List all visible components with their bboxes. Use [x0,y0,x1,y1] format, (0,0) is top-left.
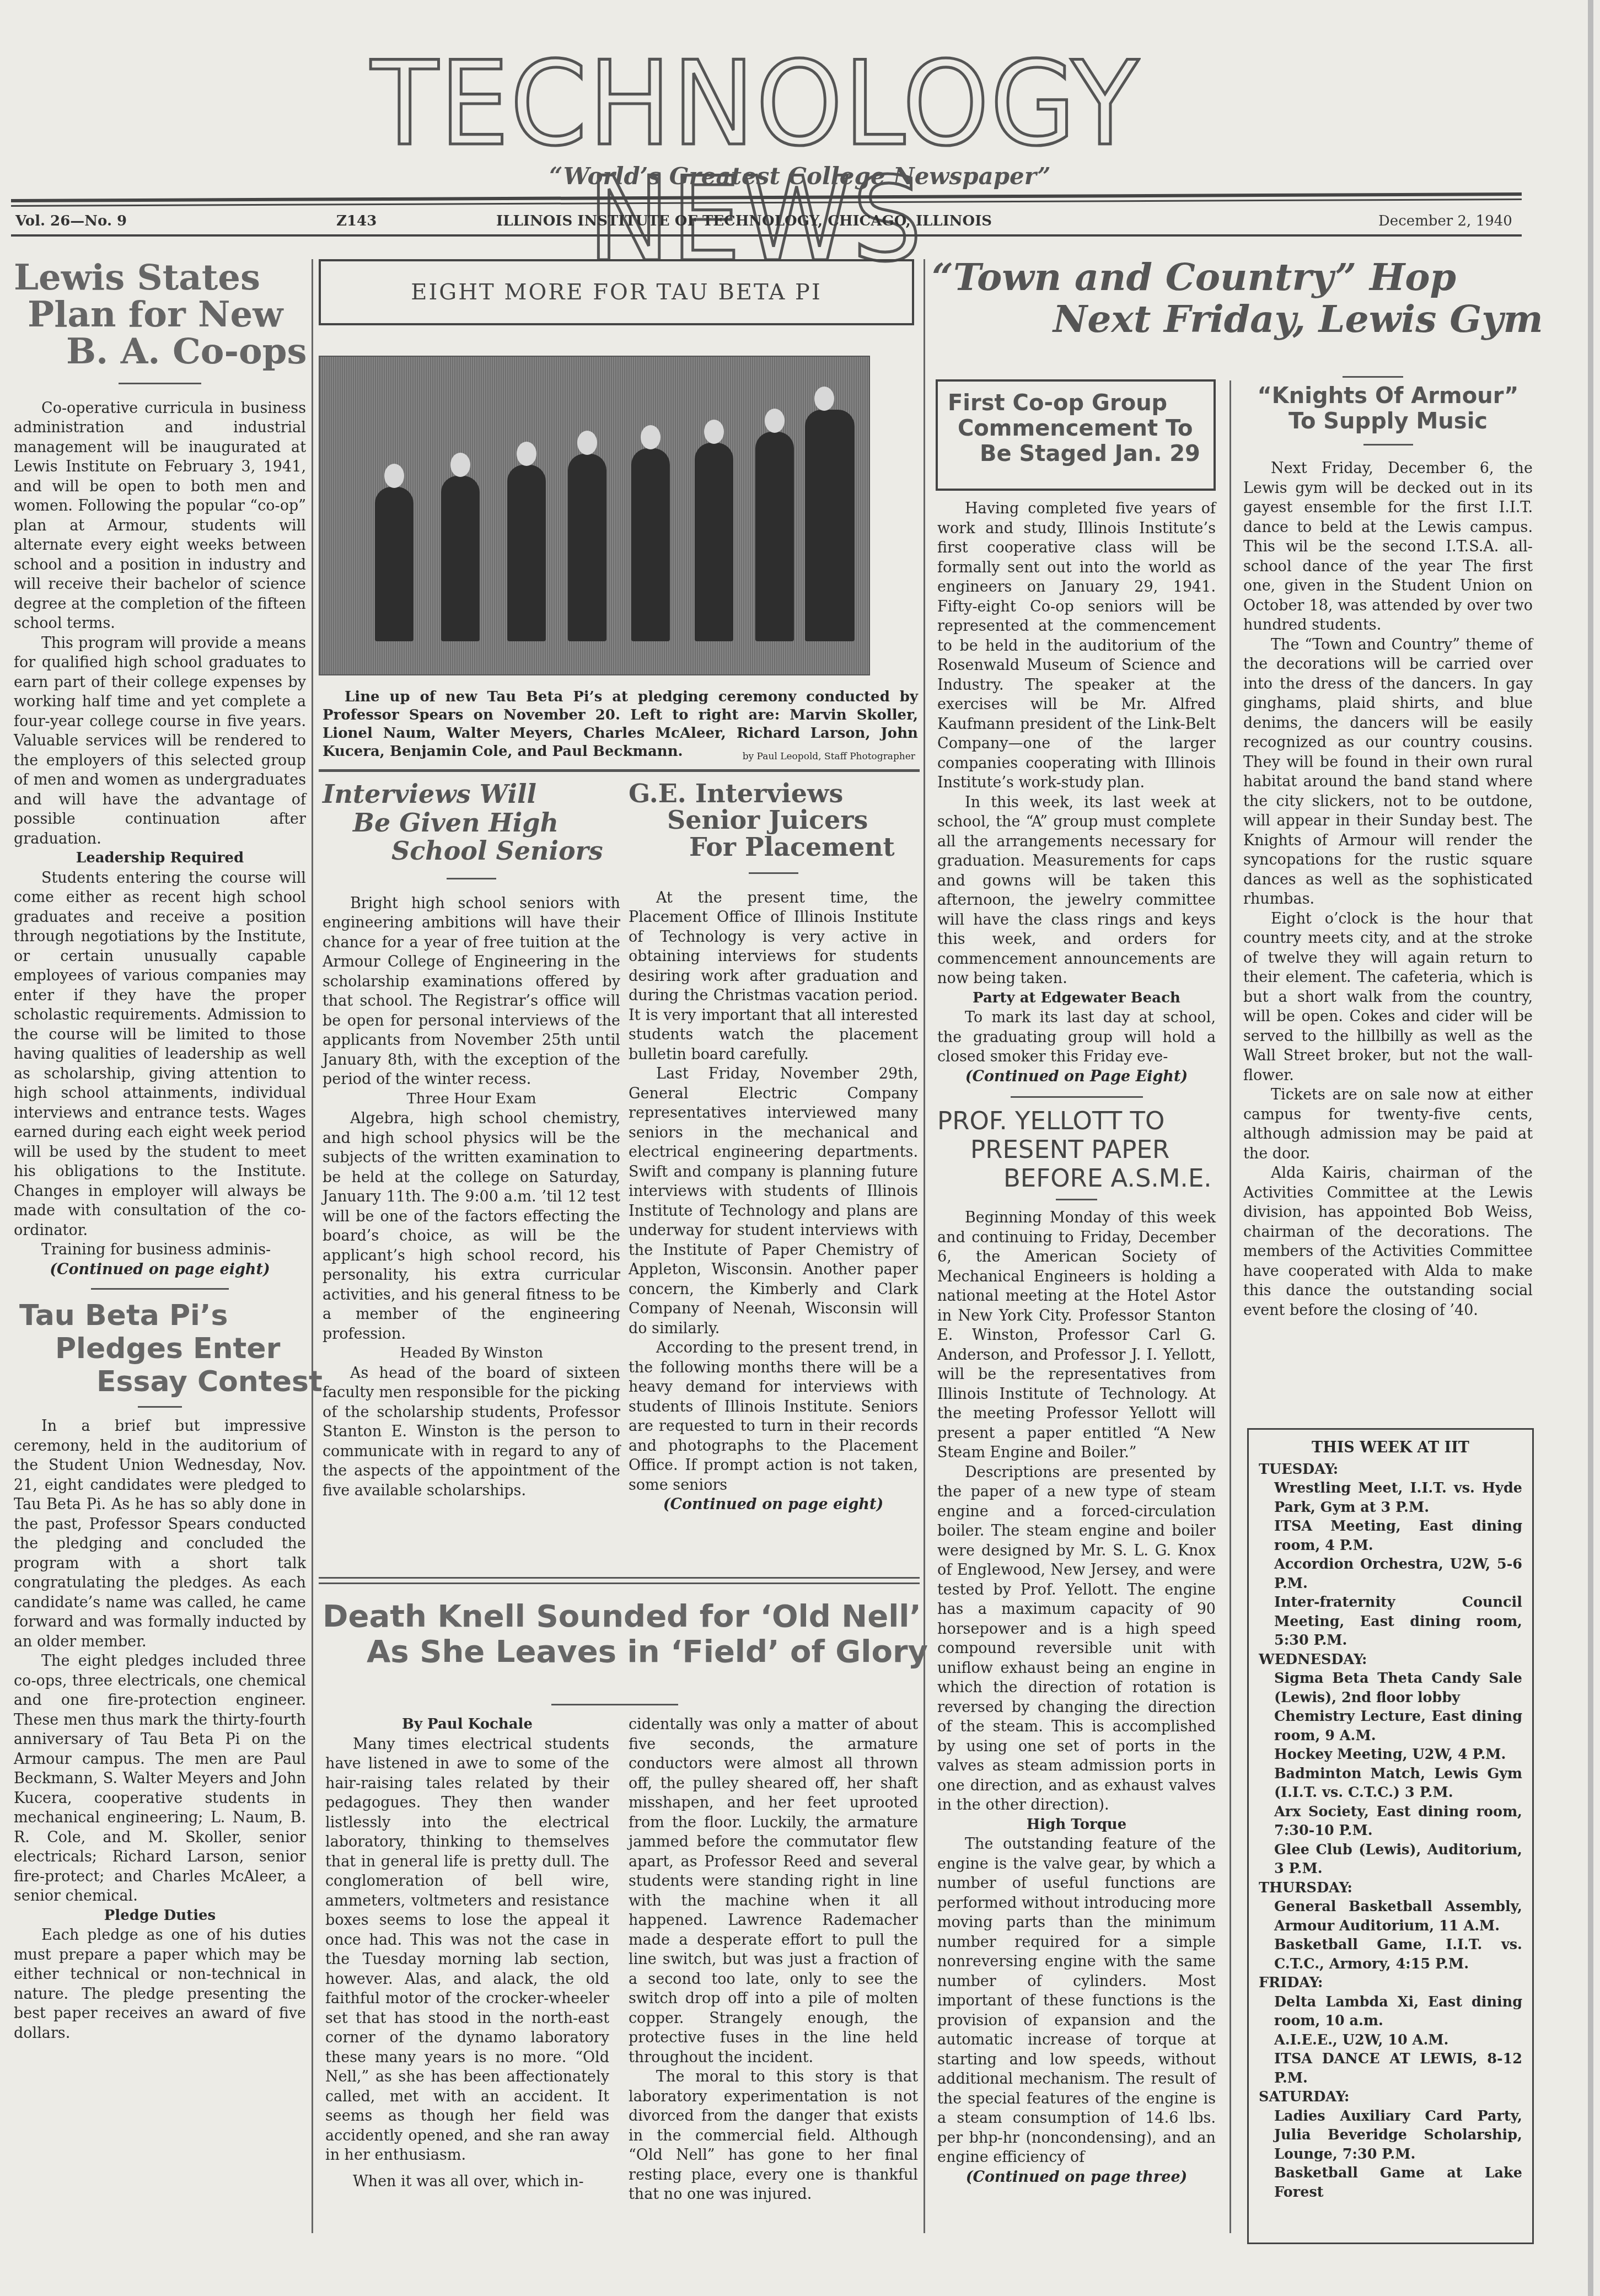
event-item: General Basketball Assembly, Armour Audi… [1259,1897,1522,1935]
paragraph: Bright high school seniors with engineer… [323,894,620,1090]
day-label: WEDNESDAY: [1259,1650,1522,1670]
person-figure [507,465,546,641]
continued-link[interactable]: (Continued on page three) [937,2168,1216,2187]
photo-banner: EIGHT MORE FOR TAU BETA PI [411,280,822,305]
day-saturday: SATURDAY: Ladies Auxiliary Card Party, J… [1259,2088,1522,2202]
divider [91,1288,229,1290]
subhead: Pledge Duties [14,1906,306,1926]
paragraph: Having completed five years of work and … [937,499,1216,793]
newspaper-page: TECHNOLOGY NEWS “World’s Greatest Colleg… [0,0,1600,2296]
paragraph: As head of the board of sixteen faculty … [323,1364,620,1501]
paragraph: This program will provide a means for qu… [14,634,306,849]
event-item: Glee Club (Lewis), Auditorium, 3 P.M. [1259,1841,1522,1879]
divider [119,383,201,384]
subhead: Leadership Required [14,849,306,868]
person-figure [631,448,670,641]
article-knights: “Knights Of Armour” To Supply Music Next… [1243,383,1533,1320]
paragraph: At the present time, the Placement Offic… [629,888,918,1065]
paragraph: The eight pledges included three co-ops,… [14,1651,306,1906]
column-rule [924,259,925,2233]
old-nell-headline: Death Knell Sounded for ‘Old Nell’ As Sh… [323,1599,918,1670]
event-item: Basketball Game, I.I.T. vs. C.T.C., Armo… [1259,1935,1522,1973]
paragraph: Algebra, high school chemistry, and high… [323,1109,620,1344]
paragraph: Eight o’clock is the hour that country m… [1243,909,1533,1086]
event-item: Arx Society, East dining room, 7:30-10 P… [1259,1803,1522,1841]
ge-headline: G.E. Interviews Senior Juicers For Place… [629,780,918,860]
day-tuesday: TUESDAY: Wrestling Meet, I.I.T. vs. Hyde… [1259,1460,1522,1650]
divider [1363,444,1413,446]
column-rule [312,259,313,2233]
article-ge-interviews: G.E. Interviews Senior Juicers For Place… [629,780,918,1515]
event-item: Chemistry Lecture, East dining room, 9 A… [1259,1707,1522,1745]
event-item: A.I.E.E., U2W, 10 A.M. [1259,2031,1522,2050]
article-coops: Lewis States Plan for New B. A. Co-ops C… [14,259,306,2043]
continued-link[interactable]: (Continued on Page Eight) [937,1067,1216,1087]
subhead: Headed By Winston [323,1344,620,1364]
paragraph: Descriptions are presented by the paper … [937,1463,1216,1815]
event-item: ITSA Meeting, East dining room, 4 P.M. [1259,1517,1522,1555]
article-old-nell-col1: By Paul Kochale Many times electrical st… [325,1715,609,2191]
dateline-rule [11,234,1522,239]
paragraph: Students entering the course will come e… [14,868,306,1241]
paragraph: The “Town and Country” theme of the deco… [1243,635,1533,909]
yellott-headline: PROF. YELLOTT TO PRESENT PAPER BEFORE A.… [937,1107,1216,1192]
person-figure [568,454,606,641]
article-old-nell-col2: cidentally was only a matter of about fi… [629,1715,918,2204]
tbp-headline: Tau Beta Pi’s Pledges Enter Essay Contes… [14,1300,306,1398]
byline: By Paul Kochale [325,1715,609,1735]
paragraph: Last Friday, November 29th, General Elec… [629,1064,918,1338]
volume-number: Vol. 26—No. 9 [15,213,127,229]
person-figure [441,476,480,641]
day-label: FRIDAY: [1259,1973,1522,1993]
event-item: Inter-fraternity Council Meeting, East d… [1259,1593,1522,1650]
divider [1011,1096,1143,1098]
interviews-headline: Interviews Will Be Given High School Sen… [323,780,620,866]
paragraph: In a brief but impressive ceremony, held… [14,1417,306,1651]
paragraph: Next Friday, December 6, the Lewis gym w… [1243,459,1533,635]
paragraph: The moral to this story is that laborato… [629,2067,918,2204]
day-label: TUESDAY: [1259,1460,1522,1479]
person-figure [695,443,733,641]
issue-code: Z143 [336,213,377,229]
person-figure [805,410,855,641]
paragraph: To mark its last day at school, the grad… [937,1008,1216,1067]
tau-beta-pi-photo [319,356,870,675]
event-item: Ladies Auxiliary Card Party, Julia Bever… [1259,2107,1522,2164]
issue-date: December 2, 1940 [1378,213,1512,229]
continued-link[interactable]: (Continued on page eight) [629,1495,918,1515]
photo-caption: Line up of new Tau Beta Pi’s at pledging… [323,688,918,761]
section-rule [319,1582,920,1584]
paragraph: Many times electrical students have list… [325,1735,609,2165]
event-item: ITSA DANCE AT LEWIS, 8-12 P.M. [1259,2050,1522,2088]
person-figure [375,487,414,641]
paragraph: cidentally was only a matter of about fi… [629,1715,918,2067]
divider [138,1406,182,1408]
paragraph: Co-operative curricula in business admin… [14,399,306,634]
photo-credit: by Paul Leopold, Staff Photographer [695,751,915,762]
divider [749,872,798,874]
section-rule [319,1577,920,1579]
article-interviews: Interviews Will Be Given High School Sen… [323,780,620,1500]
paragraph: Alda Kairis, chairman of the Activities … [1243,1163,1533,1320]
divider [1343,376,1403,378]
event-item: Accordion Orchestra, U2W, 5-6 P.M. [1259,1555,1522,1593]
divider [1056,1199,1097,1200]
page-edge [1588,0,1593,2296]
paragraph: Tickets are on sale now at either campus… [1243,1085,1533,1163]
paragraph: Each pledge as one of his duties must pr… [14,1925,306,2043]
commencement-headline: First Co-op Group Commencement To Be Sta… [948,390,1208,466]
paragraph: The outstanding feature of the engine is… [937,1834,1216,2168]
day-label: THURSDAY: [1259,1879,1522,1898]
this-week-box: THIS WEEK AT IIT TUESDAY: Wrestling Meet… [1247,1428,1534,2244]
article-commencement: Having completed five years of work and … [937,499,1216,2187]
divider [551,1704,678,1705]
paragraph: According to the present trend, in the f… [629,1338,918,1495]
paragraph: When it was all over, which in- [325,2172,609,2192]
commencement-headline-box: First Co-op Group Commencement To Be Sta… [936,379,1216,491]
knights-headline: “Knights Of Armour” To Supply Music [1243,383,1533,434]
event-item: Delta Lambda Xi, East dining room, 10 a.… [1259,1993,1522,2031]
subhead: Three Hour Exam [323,1090,620,1109]
institution-name: ILLINOIS INSTITUTE OF TECHNOLOGY, CHICAG… [496,213,992,229]
person-figure [755,432,794,641]
paragraph: Beginning Monday of this week and contin… [937,1208,1216,1463]
subhead: High Torque [937,1815,1216,1835]
section-rule [319,769,920,772]
event-item: Badminton Match, Lewis Gym (I.I.T. vs. C… [1259,1764,1522,1803]
paragraph: Training for business adminis- [14,1240,306,1260]
day-thursday: THURSDAY: General Basketball Assembly, A… [1259,1879,1522,1974]
dateline: Vol. 26—No. 9 Z143 ILLINOIS INSTITUTE OF… [11,208,1522,230]
subhead: Party at Edgewater Beach [937,989,1216,1008]
coops-headline: Lewis States Plan for New B. A. Co-ops [14,259,306,371]
divider [447,878,496,879]
event-item: Sigma Beta Theta Candy Sale (Lewis), 2nd… [1259,1669,1522,1707]
continued-link[interactable]: (Continued on page eight) [14,1260,306,1280]
photo-banner-box: EIGHT MORE FOR TAU BETA PI [319,259,914,325]
day-friday: FRIDAY: Delta Lambda Xi, East dining roo… [1259,1973,1522,2088]
paragraph: In this week, its last week at school, t… [937,793,1216,989]
day-wednesday: WEDNESDAY: Sigma Beta Theta Candy Sale (… [1259,1650,1522,1879]
this-week-title: THIS WEEK AT IIT [1259,1439,1522,1458]
column-rule [1229,380,1231,2233]
event-item: Basketball Game at Lake Forest [1259,2164,1522,2202]
day-label: SATURDAY: [1259,2088,1522,2107]
masthead-slogan: “World’s Greatest College Newspaper” [0,163,1600,190]
hop-headline: “Town and Country” Hop Next Friday, Lewi… [932,256,1527,340]
event-item: Wrestling Meet, I.I.T. vs. Hyde Park, Gy… [1259,1479,1522,1517]
event-item: Hockey Meeting, U2W, 4 P.M. [1259,1745,1522,1764]
